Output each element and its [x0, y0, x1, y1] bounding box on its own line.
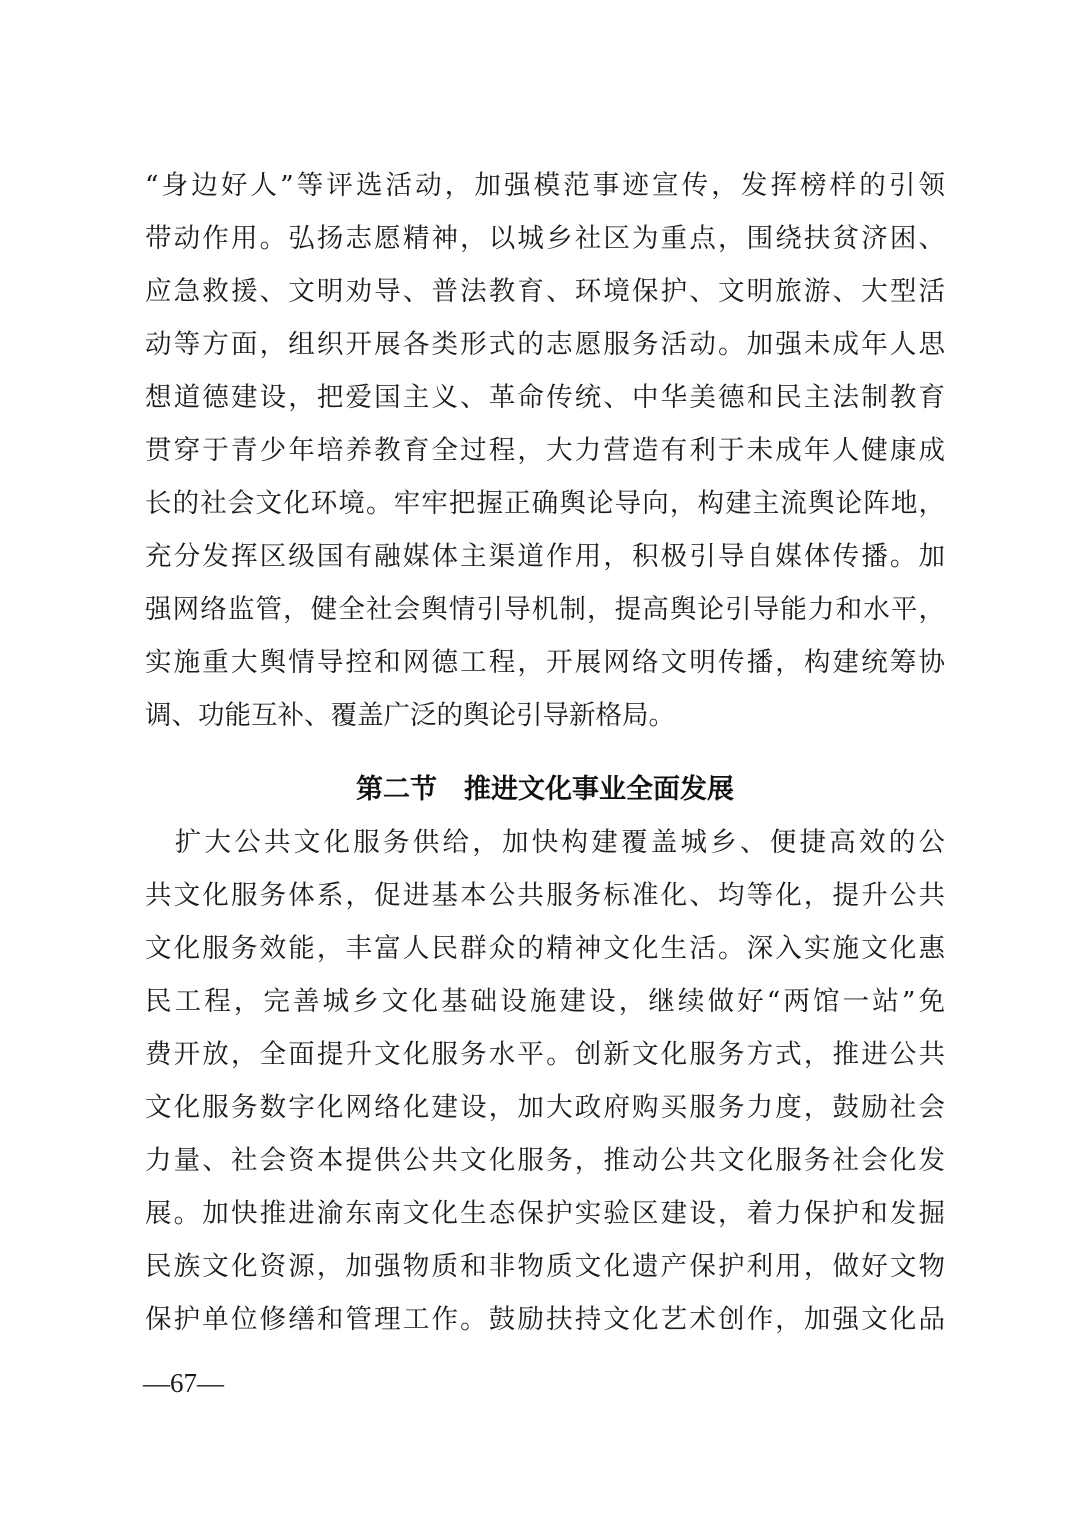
section-heading: 第二节 推进文化事业全面发展: [145, 770, 945, 810]
text-line: “身边好人”等评选活动，加强模范事迹宣传，发挥榜样的引领: [145, 166, 945, 206]
text-line: 长的社会文化环境。牢牢把握正确舆论导向，构建主流舆论阵地，: [145, 484, 945, 524]
text-line: 动等方面，组织开展各类形式的志愿服务活动。加强未成年人思: [145, 325, 945, 365]
text-line: 强网络监管，健全社会舆情引导机制，提高舆论引导能力和水平，: [145, 590, 945, 630]
text-line: 保护单位修缮和管理工作。鼓励扶持文化艺术创作，加强文化品: [145, 1300, 945, 1340]
text-line: 应急救援、文明劝导、普法教育、环境保护、文明旅游、大型活: [145, 272, 945, 312]
text-line: 实施重大舆情导控和网德工程，开展网络文明传播，构建统筹协: [145, 643, 945, 683]
text-line: 共文化服务体系，促进基本公共服务标准化、均等化，提升公共: [145, 876, 945, 916]
text-line: 文化服务效能，丰富人民群众的精神文化生活。深入实施文化惠: [145, 929, 945, 969]
text-line: 贯穿于青少年培养教育全过程，大力营造有利于未成年人健康成: [145, 431, 945, 471]
text-line: 展。加快推进渝东南文化生态保护实验区建设，着力保护和发掘: [145, 1194, 945, 1234]
text-line: 充分发挥区级国有融媒体主渠道作用，积极引导自媒体传播。加: [145, 537, 945, 577]
text-line: 带动作用。弘扬志愿精神，以城乡社区为重点，围绕扶贫济困、: [145, 219, 945, 259]
text-line: 费开放，全面提升文化服务水平。创新文化服务方式，推进公共: [145, 1035, 945, 1075]
text-line: 扩大公共文化服务供给，加快构建覆盖城乡、便捷高效的公: [145, 823, 945, 863]
text-line: 想道德建设，把爱国主义、革命传统、中华美德和民主法制教育: [145, 378, 945, 418]
text-line: 文化服务数字化网络化建设，加大政府购买服务力度，鼓励社会: [145, 1088, 945, 1128]
text-line: 力量、社会资本提供公共文化服务，推动公共文化服务社会化发: [145, 1141, 945, 1181]
document-page: “身边好人”等评选活动，加强模范事迹宣传，发挥榜样的引领 带动作用。弘扬志愿精神…: [0, 0, 1074, 1520]
text-line: 调、功能互补、覆盖广泛的舆论引导新格局。: [145, 696, 945, 736]
text-line: 民工程，完善城乡文化基础设施建设，继续做好“两馆一站”免: [145, 982, 945, 1022]
page-number: —67—: [143, 1368, 224, 1399]
text-line: 民族文化资源，加强物质和非物质文化遗产保护利用，做好文物: [145, 1247, 945, 1287]
